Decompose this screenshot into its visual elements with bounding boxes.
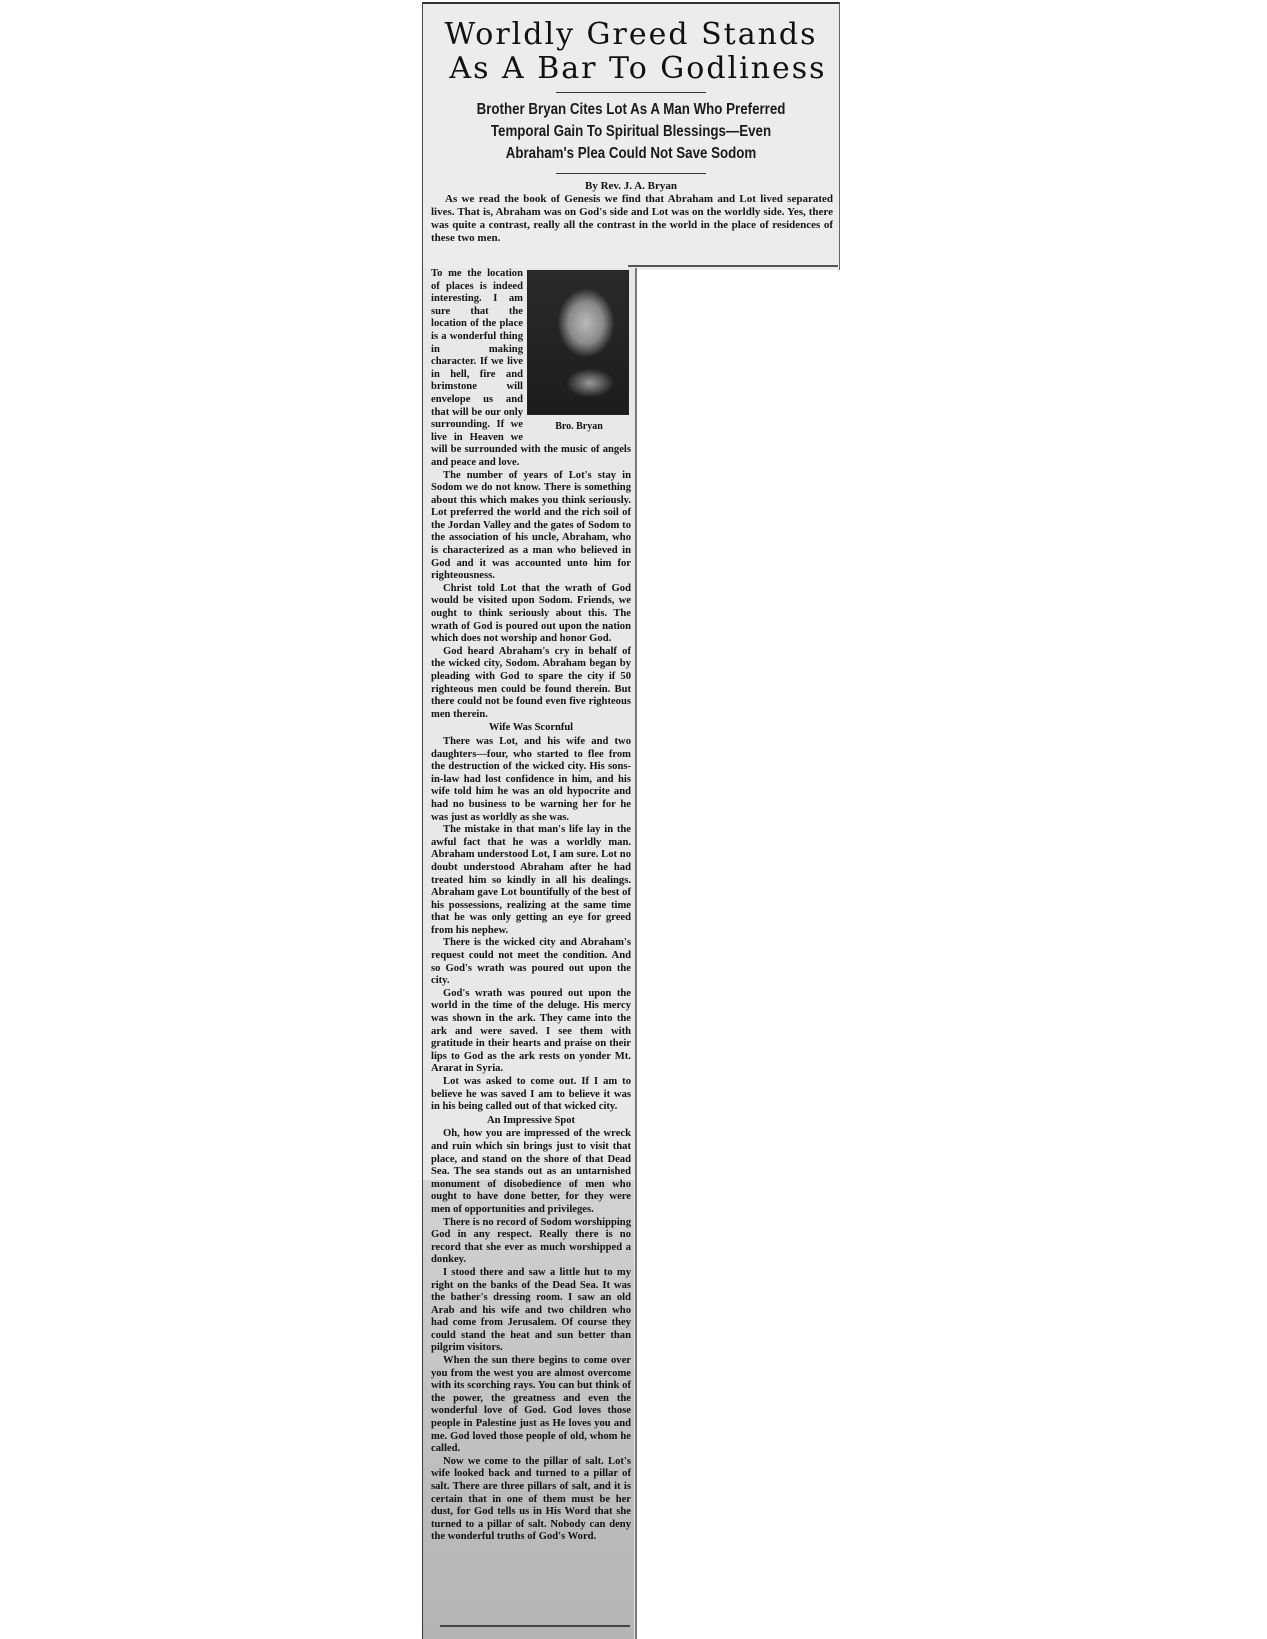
end-rule [440,1625,630,1627]
paragraph: There is the wicked city and Abraham's r… [431,937,631,987]
paragraph: The number of years of Lot's stay in Sod… [431,470,631,583]
intro-paragraph: As we read the book of Genesis we find t… [431,193,833,245]
paragraph: When the sun there begins to come over y… [431,1355,631,1456]
paragraph: God heard Abraham's cry in behalf of the… [431,646,631,722]
headline-line-1: Worldly Greed Stands [444,17,817,52]
paragraph: God's wrath was poured out upon the worl… [431,988,631,1076]
headline-line-2: As A Bar To Godliness [435,51,826,86]
paragraph: There was Lot, and his wife and two daug… [431,736,631,824]
article-header: Worldly Greed Stands As A Bar To Godline… [422,2,840,270]
byline: By Rev. J. A. Bryan [423,180,839,192]
subheadline-deck: Brother Bryan Cites Lot As A Man Who Pre… [457,99,804,165]
paragraph: Lot was asked to come out. If I am to be… [431,1076,631,1114]
paragraph: The mistake in that man's life lay in th… [431,824,631,937]
column-break-rule [628,265,838,267]
intro-text: As we read the book of Genesis we find t… [431,193,833,245]
portrait-photo [527,270,629,415]
photo-caption: Bro. Bryan [527,421,631,434]
photo-figure: Bro. Bryan [527,270,631,434]
divider [556,173,706,174]
paragraph: There is no record of Sodom worshipping … [431,1217,631,1267]
article-body: Bro. Bryan To me the location of places … [431,268,631,1544]
paragraph: I stood there and saw a little hut to my… [431,1267,631,1355]
divider [556,92,706,93]
paragraph: Christ told Lot that the wrath of God wo… [431,583,631,646]
section-subhead: An Impressive Spot [431,1115,631,1128]
paragraph: Oh, how you are impressed of the wreck a… [431,1128,631,1216]
paragraph: Bro. Bryan To me the location of places … [431,268,631,470]
headline: Worldly Greed Stands As A Bar To Godline… [423,18,839,86]
article-body-column: Bro. Bryan To me the location of places … [422,268,637,1639]
paragraph: Now we come to the pillar of salt. Lot's… [431,1456,631,1544]
section-subhead: Wife Was Scornful [431,722,631,735]
